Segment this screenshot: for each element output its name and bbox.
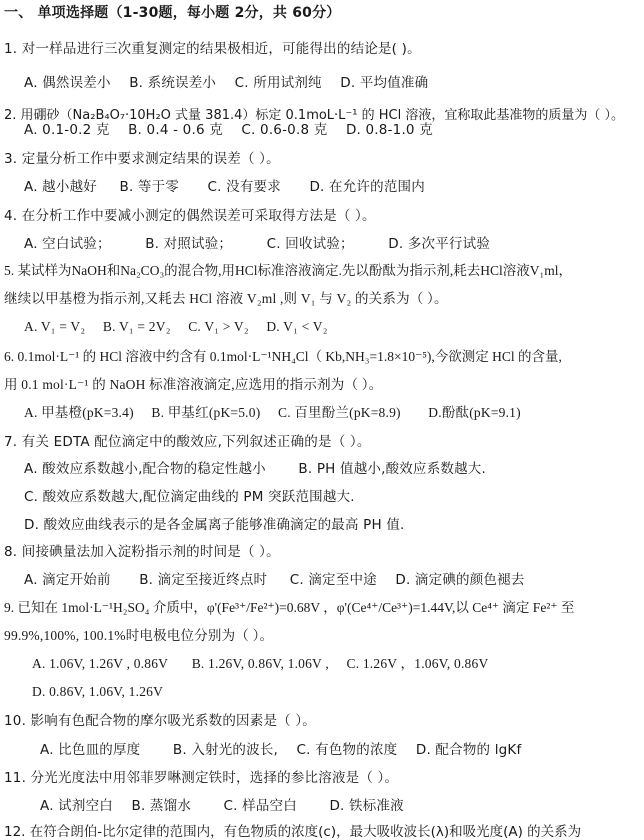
option-c: C. 酸效应系数越大,配位滴定曲线的 PM 突跃范围越大.: [24, 488, 355, 506]
option-b: B. 对照试验；: [145, 236, 232, 252]
question-12-stem: 12. 在符合朗伯-比尔定律的范围内，有色物质的浓度(c)，最大吸收波长(λ)和…: [4, 823, 581, 840]
option-d: D. 配合物的 lgKf: [416, 742, 522, 758]
option-c: C. 没有要求: [208, 179, 281, 195]
question-8-stem: 8. 间接碘量法加入淀粉指示剂的时间是（ ）。: [4, 543, 280, 561]
option-c: C. 0.6-0.8 克: [241, 122, 327, 138]
option-d: D. 滴定碘的颜色褪去: [395, 572, 524, 588]
option-c: C. 有色物的浓度: [297, 742, 398, 758]
option-d: D. V₁ < V₂: [266, 319, 327, 334]
question-3-options: A. 越小越好 B. 等于零 C. 没有要求 D. 在允许的范围内: [24, 178, 439, 196]
option-a: A. V₁ = V₂: [24, 319, 85, 334]
question-8-options: A. 滴定开始前 B. 滴定至接近终点时 C. 滴定至中途 D. 滴定碘的颜色褪…: [24, 571, 539, 589]
question-3-stem: 3. 定量分析工作中要求测定结果的误差（ ）。: [4, 150, 280, 168]
question-9-options-row-1: A. 1.06V, 1.26V , 0.86V B. 1.26V, 0.86V,…: [32, 655, 502, 673]
option-c: C. V₁ > V₂: [188, 319, 249, 334]
question-4-options: A. 空白试验； B. 对照试验； C. 回收试验； D. 多次平行试验: [24, 235, 504, 253]
question-4-stem: 4. 在分析工作中要减小测定的偶然误差可采取得方法是（ ）。: [4, 207, 376, 225]
question-1-stem: 1. 对一样品进行三次重复测定的结果极相近，可能得出的结论是( )。: [4, 40, 421, 58]
option-c: C. 1.26V ，1.06V, 0.86V: [346, 656, 488, 671]
question-5-options: A. V₁ = V₂ B. V₁ = 2V₂ C. V₁ > V₂ D. V₁ …: [24, 318, 342, 336]
question-10-stem: 10. 影响有色配合物的摩尔吸光系数的因素是（ ）。: [4, 712, 316, 730]
option-d: D. 0.8-1.0 克: [346, 122, 433, 138]
question-7-stem: 7. 有关 EDTA 配位滴定中的酸效应,下列叙述正确的是（ ）。: [4, 433, 371, 451]
option-c: C. 滴定至中途: [290, 572, 377, 588]
option-d: D. 0.86V, 1.06V, 1.26V: [32, 683, 163, 701]
question-5-stem-line-1: 5. 某试样为NaOH和Na₂CO₃的混合物,用HCl标准溶液滴定.先以酚酞为指…: [4, 262, 572, 280]
option-b: B. 等于零: [119, 179, 179, 195]
option-b: B. 蒸馏水: [131, 798, 191, 814]
option-b: B. 系统误差小: [129, 75, 216, 91]
option-a: A. 比色皿的厚度: [40, 742, 140, 758]
question-1-options: A. 偶然误差小 B. 系统误差小 C. 所用试剂纯 D. 平均值准确: [24, 74, 442, 92]
option-a: A. 空白试验；: [24, 236, 111, 252]
question-9-stem-line-1: 9. 已知在 1mol·L⁻¹H₂SO₄ 介质中，φ'(Fe³⁺/Fe²⁺)=0…: [4, 599, 574, 617]
question-5-stem-line-2: 继续以甲基橙为指示剂,又耗去 HCl 溶液 V₂ml ,则 V₁ 与 V₂ 的关…: [4, 290, 448, 308]
option-c: C. 回收试验；: [267, 236, 354, 252]
question-6-options: A. 甲基橙(pK=3.4) B. 甲基红(pK=5.0) C. 百里酚兰(pK…: [24, 404, 535, 422]
option-d: D.酚酞(pK=9.1): [428, 405, 521, 420]
option-c: C. 百里酚兰(pK=8.9): [278, 405, 401, 420]
option-d: D. 酸效应曲线表示的是各金属离子能够准确滴定的最高 PH 值.: [24, 516, 405, 534]
option-a: A. 1.06V, 1.26V , 0.86V: [32, 656, 168, 671]
question-7-options-row-1: A. 酸效应系数越小,配合物的稳定性越小 B. PH 值越小,酸效应系数越大.: [24, 460, 500, 478]
option-a: A. 越小越好: [24, 179, 97, 195]
option-a: A. 试剂空白: [40, 798, 113, 814]
question-6-stem-line-2: 用 0.1 mol·L⁻¹ 的 NaOH 标准溶液滴定,应选用的指示剂为（ ）。: [4, 376, 382, 394]
option-d: D. 在允许的范围内: [309, 179, 424, 195]
option-a: A. 甲基橙(pK=3.4): [24, 405, 134, 420]
option-a: A. 滴定开始前: [24, 572, 111, 588]
option-b: B. 滴定至接近终点时: [139, 572, 267, 588]
question-11-stem: 11. 分光光度法中用邻菲罗啉测定铁时，选择的参比溶液是（ ）。: [4, 769, 398, 787]
option-c: C. 样品空白: [224, 798, 297, 814]
option-a: A. 偶然误差小: [24, 75, 111, 91]
option-b: B. 0.4 - 0.6 克: [128, 122, 223, 138]
question-6-stem-line-1: 6. 0.1mol·L⁻¹ 的 HCl 溶液中约含有 0.1mol·L⁻¹NH₄…: [4, 348, 562, 366]
option-d: D. 铁标准液: [329, 798, 403, 814]
question-2-options: A. 0.1-0.2 克 B. 0.4 - 0.6 克 C. 0.6-0.8 克…: [24, 121, 447, 139]
option-c: C. 所用试剂纯: [235, 75, 322, 91]
option-b: B. V₁ = 2V₂: [103, 319, 171, 334]
option-d: D. 平均值准确: [340, 75, 428, 91]
question-11-options: A. 试剂空白 B. 蒸馏水 C. 样品空白 D. 铁标准液: [40, 797, 418, 815]
option-a: A. 0.1-0.2 克: [24, 122, 110, 138]
question-9-stem-line-2: 99.9%,100%, 100.1%时电极电位分别为（ ）。: [4, 627, 273, 645]
option-a: A. 酸效应系数越小,配合物的稳定性越小: [24, 461, 266, 477]
option-b: B. 1.26V, 0.86V, 1.06V ,: [192, 656, 329, 671]
option-b: B. 甲基红(pK=5.0): [151, 405, 260, 420]
option-b: B. PH 值越小,酸效应系数越大.: [298, 461, 486, 477]
option-b: B. 入射光的波长,: [173, 742, 278, 758]
option-d: D. 多次平行试验: [388, 236, 490, 252]
question-10-options: A. 比色皿的厚度 B. 入射光的波长, C. 有色物的浓度 D. 配合物的 l…: [40, 741, 535, 759]
section-title: 一、 单项选择题（1-30题，每小题 2分，共 60分）: [4, 4, 340, 22]
